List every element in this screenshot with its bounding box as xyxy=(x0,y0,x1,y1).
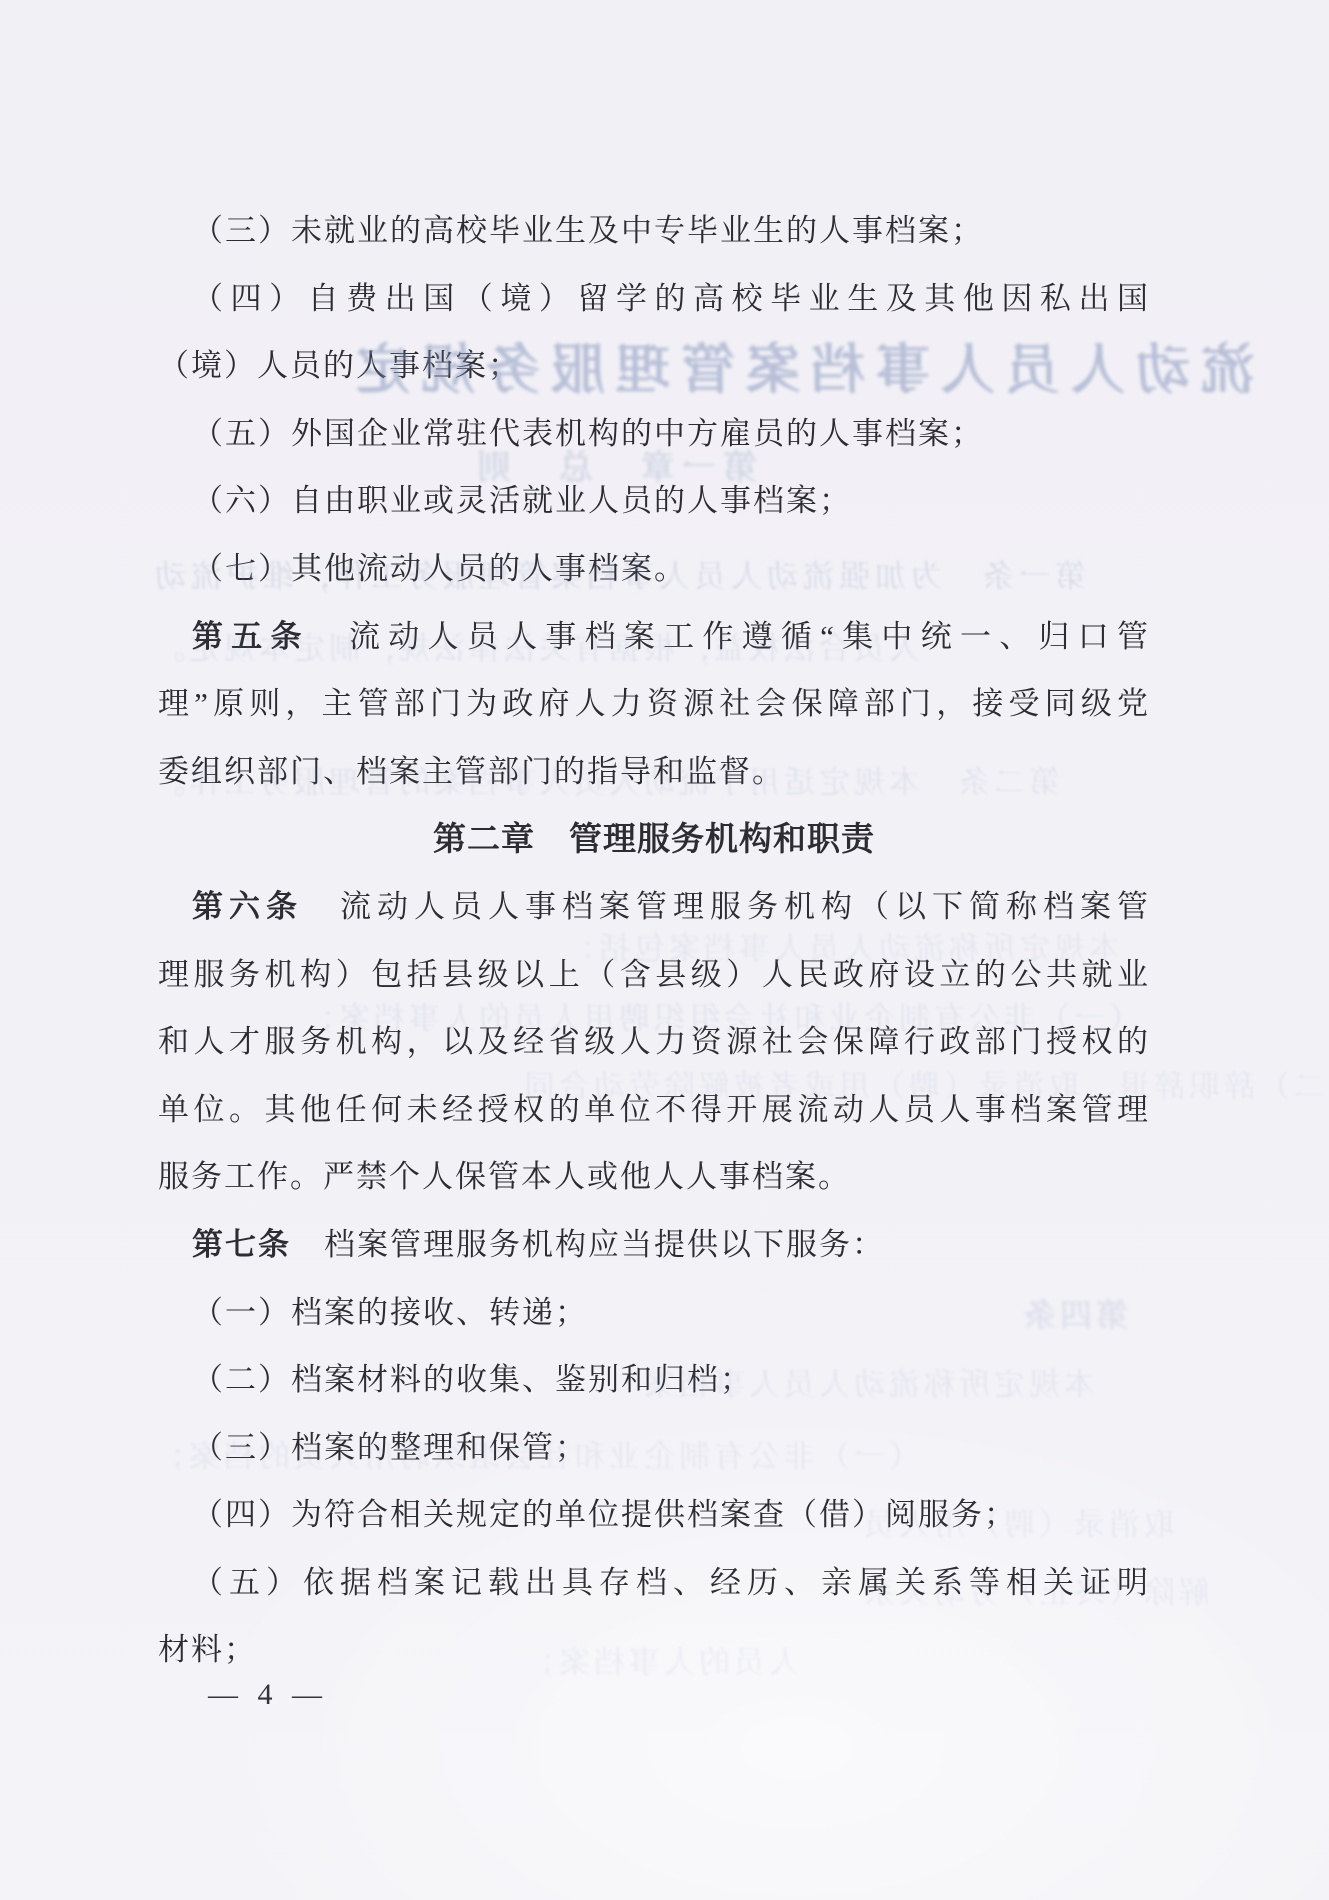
document-line: （二）档案材料的收集、鉴别和归档； xyxy=(158,1346,1150,1414)
document-line: （四）为符合相关规定的单位提供档案查（借）阅服务； xyxy=(158,1481,1150,1549)
page: （三）未就业的高校毕业生及中专毕业生的人事档案；（四）自费出国（境）留学的高校毕… xyxy=(0,0,1329,1900)
text-block: （三）未就业的高校毕业生及中专毕业生的人事档案；（四）自费出国（境）留学的高校毕… xyxy=(158,197,1150,1684)
document-line: （七）其他流动人员的人事档案。 xyxy=(158,535,1150,603)
document-line: 理服务机构）包括县级以上（含县级）人民政府设立的公共就业 xyxy=(158,941,1150,1009)
document-line: 理”原则，主管部门为政府人力资源社会保障部门，接受同级党 xyxy=(158,670,1150,738)
article-number: 第五条 xyxy=(192,619,310,654)
document-line: （境）人员的人事档案； xyxy=(158,332,1150,400)
document-line: （一）档案的接收、转递； xyxy=(158,1279,1150,1347)
document-line: 单位。其他任何未经授权的单位不得开展流动人员人事档案管理 xyxy=(158,1076,1150,1144)
document-line: 服务工作。严禁个人保管本人或他人人事档案。 xyxy=(158,1143,1150,1211)
article-number: 第六条 xyxy=(192,889,303,924)
document-line: 和人才服务机构，以及经省级人力资源社会保障行政部门授权的 xyxy=(158,1008,1150,1076)
document-line: 第五条 流动人员人事档案工作遵循“集中统一、归口管 xyxy=(158,603,1150,671)
document-line: （六）自由职业或灵活就业人员的人事档案； xyxy=(158,467,1150,535)
page-number: — 4 — xyxy=(208,1678,328,1712)
document-line: 第六条 流动人员人事档案管理服务机构（以下简称档案管 xyxy=(158,873,1150,941)
chapter-heading: 第二章 管理服务机构和职责 xyxy=(158,805,1150,873)
document-line: 委组织部门、档案主管部门的指导和监督。 xyxy=(158,738,1150,806)
document-line: 材料； xyxy=(158,1616,1150,1684)
article-number: 第七条 xyxy=(192,1227,291,1262)
document-line: 第七条 档案管理服务机构应当提供以下服务： xyxy=(158,1211,1150,1279)
document-line: （五）外国企业常驻代表机构的中方雇员的人事档案； xyxy=(158,400,1150,468)
document-line: （三）档案的整理和保管； xyxy=(158,1414,1150,1482)
document-line: （四）自费出国（境）留学的高校毕业生及其他因私出国 xyxy=(158,265,1150,333)
document-line: （三）未就业的高校毕业生及中专毕业生的人事档案； xyxy=(158,197,1150,265)
document-line: （五）依据档案记载出具存档、经历、亲属关系等相关证明 xyxy=(158,1549,1150,1617)
